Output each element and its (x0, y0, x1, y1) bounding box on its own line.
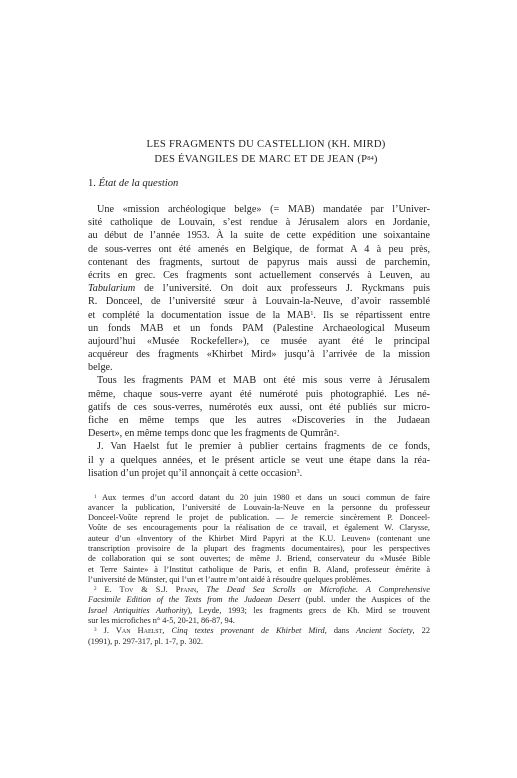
text-line: J. Van Haelst fut le premier à publier c… (88, 440, 430, 453)
text-run: , 22 (413, 626, 430, 635)
text-run: The Dead Sea Scrolls on Microfiche. A Co… (206, 585, 430, 594)
footnote-reference: 84 (367, 155, 374, 162)
text-line: fiche en même temps que les autres «Disc… (88, 414, 430, 427)
text-run: sur les microfiches n° 4-5, 20-21, 86-87… (88, 616, 235, 625)
text-line: sur les microfiches n° 4-5, 20-21, 86-87… (88, 616, 430, 626)
text-line: Une «mission archéologique belge» (= MAB… (88, 203, 430, 216)
text-run: Facsimile Edition of the Texts from the … (88, 595, 300, 604)
text-run: acquéreur des fragments «Khirbet Mird» j… (88, 349, 430, 360)
text-run: auteur d’un «Inventory of the Khirbet Mi… (88, 534, 430, 543)
body-paragraph: J. Van Haelst fut le premier à publier c… (88, 440, 430, 480)
title-paragraph: LES FRAGMENTS DU CASTELLION (KH. MIRD)DE… (102, 137, 430, 168)
text-run: aujourd’hui «Musée Rockefeller»), ce mus… (88, 336, 430, 347)
text-run: Ancient Society (356, 626, 412, 635)
text-line: 1 Aux termes d’un accord datant du 20 ju… (88, 493, 430, 503)
text-run: État de la question (99, 178, 179, 189)
section-heading: 1. État de la question (88, 177, 430, 190)
text-line: Facsimile Edition of the Texts from the … (88, 595, 430, 605)
text-run: (1991), p. 297-317, pl. 1-7, p. 302. (88, 637, 203, 646)
footnote: 2 E. Tov & S.J. Pfann, The Dead Sea Scro… (88, 585, 430, 626)
footnote-reference: 1 (94, 494, 97, 500)
text-run: , (196, 585, 206, 594)
footnote-reference: 1 (310, 310, 313, 317)
text-run: & S.J. P (133, 585, 180, 594)
scanned-paper-page: LES FRAGMENTS DU CASTELLION (KH. MIRD)DE… (0, 0, 517, 778)
text-run: ov (125, 585, 134, 594)
text-run: Donceel-Voûte reprend le projet de publi… (88, 513, 430, 522)
text-run: il y a quelques années, et le présent ar… (88, 455, 430, 466)
text-run: DES ÉVANGILES DE MARC ET DE JEAN (P (154, 154, 367, 165)
footnote: 3 J. Van Haelst, Cinq textes provenant d… (88, 626, 430, 647)
text-run: Desert», en même temps donc que les frag… (88, 428, 334, 439)
text-run: fiche en même temps que les autres «Disc… (88, 415, 430, 426)
text-run: R. Donceel, de l’université sœur à Louva… (88, 296, 430, 307)
text-run: . Ils se répartissent entre (313, 310, 430, 321)
text-run: même, chaque sous-verre ayant été numéro… (88, 389, 430, 400)
text-run: écrits en grec. Ces fragments sont actue… (88, 270, 430, 281)
text-line: DES ÉVANGILES DE MARC ET DE JEAN (P84) (102, 152, 430, 167)
text-run: et Terre Sainte» à l’Institut catholique… (88, 565, 430, 574)
text-run: Aux termes d’un accord datant du 20 juin… (97, 493, 430, 502)
text-run: . (300, 468, 303, 479)
text-run: lisation d’un projet qu’il annonçait à c… (88, 468, 297, 479)
footnote-reference: 3 (94, 627, 97, 633)
text-run: Israel Antiquities Authority (88, 606, 187, 615)
text-line: Donceel-Voûte reprend le projet de publi… (88, 513, 430, 523)
text-line: de sous-verres ont été amenés en Belgiqu… (88, 243, 430, 256)
text-line: l’université de Münster, qui l’un et l’a… (88, 575, 430, 585)
text-line: et complété la documentation issue de la… (88, 309, 430, 322)
text-line: Tabularium de l’université. On doit aux … (88, 282, 430, 295)
text-run: (publ. under the Auspices of the (300, 595, 430, 604)
text-line: Israel Antiquities Authority), Leyde, 19… (88, 606, 430, 616)
text-run: J. Van Haelst fut le premier à publier c… (97, 441, 430, 452)
text-run: ) (374, 154, 378, 165)
text-line: avancer la publication, l’université de … (88, 503, 430, 513)
text-run: LES FRAGMENTS DU CASTELLION (KH. MIRD) (146, 139, 385, 150)
text-run: de l’université. On doit aux professeurs… (135, 283, 430, 294)
text-run: de collaboration qui se sont ouvertes; d… (88, 554, 430, 563)
text-run: J. V (97, 626, 122, 635)
text-line: il y a quelques années, et le présent ar… (88, 454, 430, 467)
text-run: belge. (88, 362, 113, 373)
body-paragraph: Tous les fragments PAM et MAB ont été mi… (88, 374, 430, 440)
text-run: fann (180, 585, 196, 594)
text-run: contenant des fragments, surtout de papy… (88, 257, 430, 268)
text-line: Voûte de ses encouragements pour la réal… (88, 523, 430, 533)
text-run: un fonds MAB et un fonds PAM (Palestine … (88, 323, 430, 334)
footnote-reference: 2 (334, 429, 337, 436)
text-line: sité catholique de Louvain, s’est rendue… (88, 216, 430, 229)
text-line: et Terre Sainte» à l’Institut catholique… (88, 565, 430, 575)
text-run: l’université de Münster, qui l’un et l’a… (88, 575, 372, 584)
text-run: Tabularium (88, 283, 135, 294)
text-run: Tous les fragments PAM et MAB ont été mi… (97, 375, 430, 386)
text-run: Voûte de ses encouragements pour la réal… (88, 523, 430, 532)
text-run: . (337, 428, 340, 439)
text-run: et complété la documentation issue de la… (88, 310, 310, 321)
text-line: aujourd’hui «Musée Rockefeller»), ce mus… (88, 335, 430, 348)
text-run: transcription provisoire de la plupart d… (88, 544, 430, 553)
text-line: transcription provisoire de la plupart d… (88, 544, 430, 554)
text-line: de collaboration qui se sont ouvertes; d… (88, 554, 430, 564)
text-run: ), Leyde, 1993; les fragments grecs de K… (187, 606, 430, 615)
text-run: au début de l’année 1953. À la suite de … (88, 230, 430, 241)
text-run: aelst (144, 626, 163, 635)
text-run: Une «mission archéologique belge» (= MAB… (97, 204, 430, 215)
text-line: lisation d’un projet qu’il annonçait à c… (88, 467, 430, 480)
footnote-reference: 2 (94, 586, 97, 592)
text-run: , dans (325, 626, 356, 635)
footnote: 1 Aux termes d’un accord datant du 20 ju… (88, 493, 430, 586)
body-paragraph: Une «mission archéologique belge» (= MAB… (88, 203, 430, 374)
text-line: Desert», en même temps donc que les frag… (88, 427, 430, 440)
text-line: (1991), p. 297-317, pl. 1-7, p. 302. (88, 637, 430, 647)
text-run: sité catholique de Louvain, s’est rendue… (88, 217, 430, 228)
document-title: LES FRAGMENTS DU CASTELLION (KH. MIRD)DE… (88, 137, 430, 168)
text-line: auteur d’un «Inventory of the Khirbet Mi… (88, 534, 430, 544)
text-run: H (131, 626, 144, 635)
text-line: LES FRAGMENTS DU CASTELLION (KH. MIRD) (102, 137, 430, 152)
text-run: an (122, 626, 131, 635)
text-line: 2 E. Tov & S.J. Pfann, The Dead Sea Scro… (88, 585, 430, 595)
text-run: 1. (88, 178, 99, 189)
text-run: gatifs de ces sous-verres, numérotés eux… (88, 402, 430, 413)
text-line: 3 J. Van Haelst, Cinq textes provenant d… (88, 626, 430, 636)
text-line: écrits en grec. Ces fragments sont actue… (88, 269, 430, 282)
text-line: au début de l’année 1953. À la suite de … (88, 229, 430, 242)
text-run: de sous-verres ont été amenés en Belgiqu… (88, 244, 430, 255)
footnotes-section: 1 Aux termes d’un accord datant du 20 ju… (88, 493, 430, 647)
text-run: E. T (97, 585, 125, 594)
text-line: contenant des fragments, surtout de papy… (88, 256, 430, 269)
text-line: même, chaque sous-verre ayant été numéro… (88, 388, 430, 401)
text-line: acquéreur des fragments «Khirbet Mird» j… (88, 348, 430, 361)
text-run: Cinq textes provenant de Khirbet Mird (171, 626, 324, 635)
body-text: Une «mission archéologique belge» (= MAB… (88, 203, 430, 480)
text-line: R. Donceel, de l’université sœur à Louva… (88, 295, 430, 308)
text-line: gatifs de ces sous-verres, numérotés eux… (88, 401, 430, 414)
text-run: avancer la publication, l’université de … (88, 503, 430, 512)
text-line: un fonds MAB et un fonds PAM (Palestine … (88, 322, 430, 335)
footnote-reference: 3 (297, 468, 300, 475)
text-line: belge. (88, 361, 430, 374)
text-line: Tous les fragments PAM et MAB ont été mi… (88, 374, 430, 387)
